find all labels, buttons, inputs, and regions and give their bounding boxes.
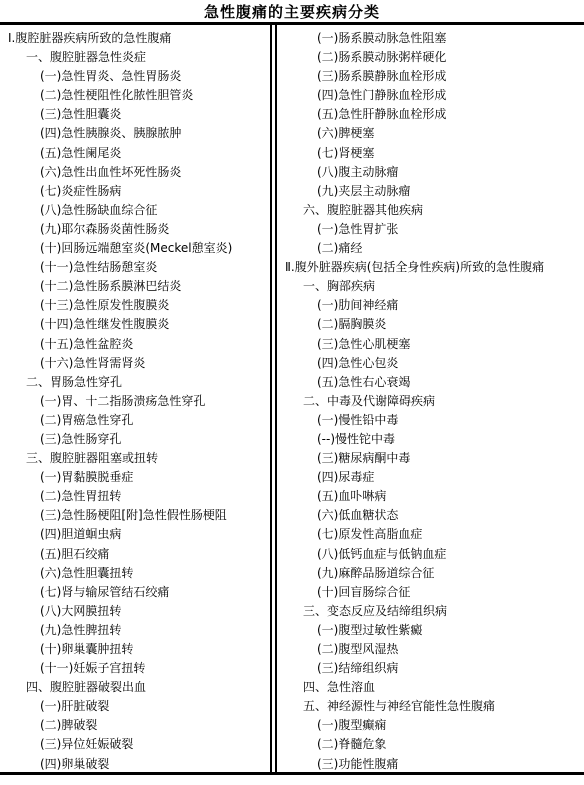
list-item: (八)低钙血症与低钠血症 [285,545,584,564]
list-item: 五、神经源性与神经官能性急性腹痛 [285,697,584,716]
list-item: (十一)急性结肠憩室炎 [8,258,270,277]
list-item: (二)腹型风湿热 [285,640,584,659]
list-item: (九)耶尔森肠炎菌性肠炎 [8,220,270,239]
list-item: (九)麻醉品肠道综合征 [285,564,584,583]
list-item: (五)胆石绞痛 [8,545,270,564]
document-page: 急性腹痛的主要疾病分类 Ⅰ.腹腔脏器疾病所致的急性腹痛一、腹腔脏器急性炎症(一)… [0,0,584,785]
list-item: 三、变态反应及结缔组织病 [285,602,584,621]
list-item: (十一)妊娠子宫扭转 [8,659,270,678]
column-separator [270,25,277,772]
list-item: (一)慢性铅中毒 [285,411,584,430]
list-item: (七)肾梗塞 [285,144,584,163]
list-item: (十)回肠远端憩室炎(Meckel憩室炎) [8,239,270,258]
list-item: 一、胸部疾病 [285,277,584,296]
list-item: (十三)急性原发性腹膜炎 [8,296,270,315]
list-item: (二)肠系膜动脉粥样硬化 [285,48,584,67]
list-item: (三)急性肠穿孔 [8,430,270,449]
list-item: (二)痛经 [285,239,584,258]
list-item: (一)急性胃炎、急性胃肠炎 [8,67,270,86]
list-item: (十五)急性盆腔炎 [8,335,270,354]
list-item: (六)低血糖状态 [285,506,584,525]
list-item: (五)血卟啉病 [285,487,584,506]
list-item: 六、腹腔脏器其他疾病 [285,201,584,220]
list-item: (一)急性胃扩张 [285,220,584,239]
list-item: (二)脊髓危象 [285,735,584,754]
list-item: 三、腹腔脏器阻塞或扭转 [8,449,270,468]
list-item: (二)膈胸膜炎 [285,315,584,334]
list-item: (三)功能性腹痛 [285,755,584,772]
list-item: (八)腹主动脉瘤 [285,163,584,182]
list-item: (九)夹层主动脉瘤 [285,182,584,201]
list-item: (四)尿毒症 [285,468,584,487]
list-item: (一)肋间神经痛 [285,296,584,315]
list-item: (一)肝脏破裂 [8,697,270,716]
list-item: Ⅱ.腹外脏器疾病(包括全身性疾病)所致的急性腹痛 [285,258,584,277]
list-item: (一)肠系膜动脉急性阻塞 [285,29,584,48]
left-column: Ⅰ.腹腔脏器疾病所致的急性腹痛一、腹腔脏器急性炎症(一)急性胃炎、急性胃肠炎(二… [0,25,270,772]
list-item: 四、腹腔脏器破裂出血 [8,678,270,697]
list-item: (六)急性出血性坏死性肠炎 [8,163,270,182]
page-title: 急性腹痛的主要疾病分类 [0,0,584,22]
list-item: (七)炎症性肠病 [8,182,270,201]
list-item: (二)急性胃扭转 [8,487,270,506]
list-item: (一)胃、十二指肠溃疡急性穿孔 [8,392,270,411]
list-item: (三)急性胆囊炎 [8,105,270,124]
list-item: Ⅰ.腹腔脏器疾病所致的急性腹痛 [8,29,270,48]
list-item: (六)急性胆囊扭转 [8,564,270,583]
list-item: (十二)急性肠系膜淋巴结炎 [8,277,270,296]
list-item: (三)肠系膜静脉血栓形成 [285,67,584,86]
list-item: (二)急性梗阻性化脓性胆管炎 [8,86,270,105]
list-item: (三)急性肠梗阻[附]急性假性肠梗阻 [8,506,270,525]
list-item: (四)急性门静脉血栓形成 [285,86,584,105]
list-item: (二)脾破裂 [8,716,270,735]
list-item: (--)慢性铊中毒 [285,430,584,449]
list-item: (三)糖尿病酮中毒 [285,449,584,468]
list-item: (一)腹型癫痫 [285,716,584,735]
list-item: (十)回盲肠综合征 [285,583,584,602]
list-item: (七)肾与输尿管结石绞痛 [8,583,270,602]
list-item: (五)急性阑尾炎 [8,144,270,163]
classification-table: Ⅰ.腹腔脏器疾病所致的急性腹痛一、腹腔脏器急性炎症(一)急性胃炎、急性胃肠炎(二… [0,22,584,775]
list-item: 四、急性溶血 [285,678,584,697]
list-item: (四)卵巢破裂 [8,755,270,772]
list-item: (八)急性肠缺血综合征 [8,201,270,220]
list-item: 二、胃肠急性穿孔 [8,373,270,392]
list-item: (二)胃癌急性穿孔 [8,411,270,430]
list-item: (五)急性肝静脉血栓形成 [285,105,584,124]
list-item: (十)卵巢囊肿扭转 [8,640,270,659]
list-item: (四)胆道蛔虫病 [8,525,270,544]
list-item: (三)结缔组织病 [285,659,584,678]
list-item: 一、腹腔脏器急性炎症 [8,48,270,67]
list-item: (九)急性脾扭转 [8,621,270,640]
list-item: (四)急性胰腺炎、胰腺脓肿 [8,124,270,143]
list-item: (八)大网膜扭转 [8,602,270,621]
right-column: (一)肠系膜动脉急性阻塞(二)肠系膜动脉粥样硬化(三)肠系膜静脉血栓形成(四)急… [277,25,584,772]
list-item: (十四)急性继发性腹膜炎 [8,315,270,334]
list-item: (七)原发性高脂血症 [285,525,584,544]
list-item: (一)腹型过敏性紫癜 [285,621,584,640]
list-item: (十六)急性肾需肾炎 [8,354,270,373]
list-item: (三)急性心肌梗塞 [285,335,584,354]
list-item: (一)胃黏膜脱垂症 [8,468,270,487]
list-item: (六)脾梗塞 [285,124,584,143]
list-item: (三)异位妊娠破裂 [8,735,270,754]
list-item: 二、中毒及代谢障碍疾病 [285,392,584,411]
list-item: (四)急性心包炎 [285,354,584,373]
list-item: (五)急性右心衰竭 [285,373,584,392]
